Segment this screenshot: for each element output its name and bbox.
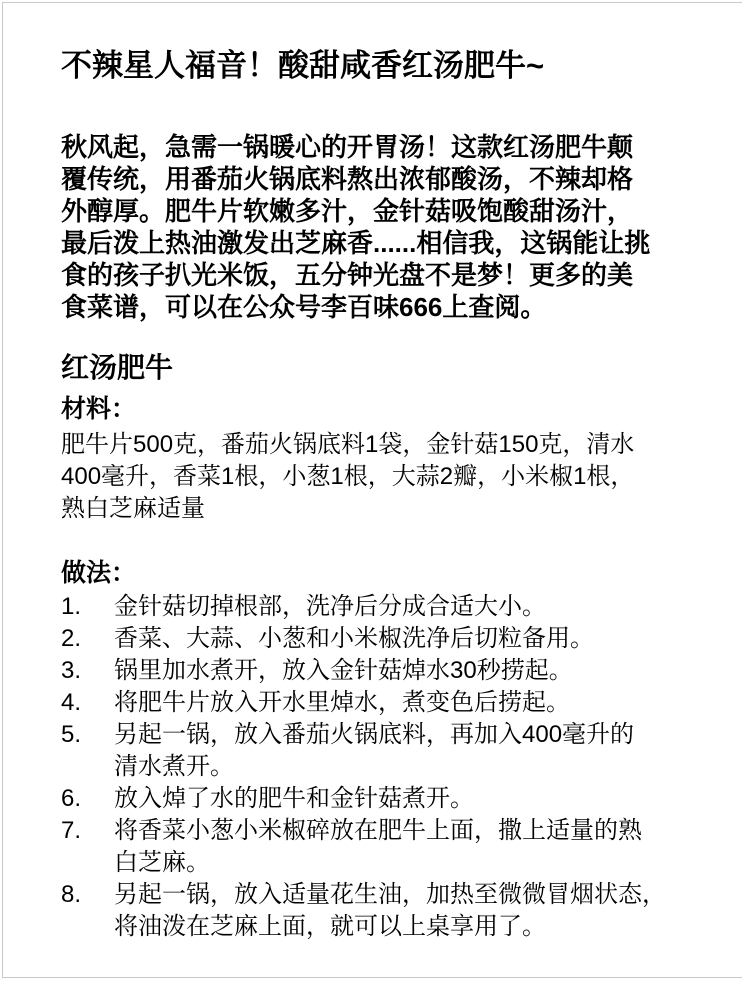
step-row: 6. 放入焯了水的肥牛和金针菇煮开。 — [61, 783, 712, 815]
step-row: 4. 将肥牛片放入开水里焯水，煮变色后捞起。 — [61, 687, 712, 719]
step-line: 另起一锅，放入番茄火锅底料，再加入400毫升的 — [114, 719, 634, 751]
step-row: 5. 另起一锅，放入番茄火锅底料，再加入400毫升的 清水煮开。 — [61, 719, 712, 783]
step-line: 将油泼在芝麻上面，就可以上桌享用了。 — [114, 911, 666, 943]
step-number: 5. — [61, 719, 114, 783]
step-line: 另起一锅，放入适量花生油，加热至微微冒烟状态， — [114, 879, 666, 911]
step-row: 8. 另起一锅，放入适量花生油，加热至微微冒烟状态， 将油泼在芝麻上面，就可以上… — [61, 879, 712, 943]
page-title: 不辣星人福音！酸甜咸香红汤肥牛~ — [61, 45, 712, 87]
step-text: 将肥牛片放入开水里焯水，煮变色后捞起。 — [114, 687, 570, 719]
ingredients-line: 400毫升，香菜1根，小葱1根，大蒜2瓣，小米椒1根， — [61, 461, 712, 493]
step-line: 清水煮开。 — [114, 751, 634, 783]
step-number: 1. — [61, 591, 114, 623]
step-number: 4. — [61, 687, 114, 719]
step-line: 将香菜小葱小米椒碎放在肥牛上面，撒上适量的熟 — [114, 815, 642, 847]
step-number: 8. — [61, 879, 114, 943]
ingredients-line: 熟白芝麻适量 — [61, 493, 712, 525]
step-line: 香菜、大蒜、小葱和小米椒洗净后切粒备用。 — [114, 623, 594, 655]
step-row: 3. 锅里加水煮开，放入金针菇焯水30秒捞起。 — [61, 655, 712, 687]
intro-line: 食的孩子扒光米饭，五分钟光盘不是梦！更多的美 — [61, 259, 712, 291]
intro-line: 最后泼上热油激发出芝麻香......相信我，这锅能让挑 — [61, 227, 712, 259]
ingredients-line: 肥牛片500克，番茄火锅底料1袋，金针菇150克，清水 — [61, 429, 712, 461]
document-page: 不辣星人福音！酸甜咸香红汤肥牛~ 秋风起，急需一锅暖心的开胃汤！这款红汤肥牛颠 … — [2, 2, 742, 978]
step-line: 白芝麻。 — [114, 847, 642, 879]
ingredients-list: 肥牛片500克，番茄火锅底料1袋，金针菇150克，清水 400毫升，香菜1根，小… — [61, 429, 712, 525]
step-text: 将香菜小葱小米椒碎放在肥牛上面，撒上适量的熟 白芝麻。 — [114, 815, 642, 879]
intro-line: 外醇厚。肥牛片软嫩多汁，金针菇吸饱酸甜汤汁， — [61, 195, 712, 227]
step-row: 7. 将香菜小葱小米椒碎放在肥牛上面，撒上适量的熟 白芝麻。 — [61, 815, 712, 879]
step-number: 7. — [61, 815, 114, 879]
intro-paragraph: 秋风起，急需一锅暖心的开胃汤！这款红汤肥牛颠 覆传统，用番茄火锅底料熬出浓郁酸汤… — [61, 131, 712, 323]
step-text: 金针菇切掉根部，洗净后分成合适大小。 — [114, 591, 546, 623]
step-text: 锅里加水煮开，放入金针菇焯水30秒捞起。 — [114, 655, 573, 687]
step-row: 2. 香菜、大蒜、小葱和小米椒洗净后切粒备用。 — [61, 623, 712, 655]
step-text: 放入焯了水的肥牛和金针菇煮开。 — [114, 783, 474, 815]
steps-label: 做法： — [61, 557, 712, 589]
steps-list: 1. 金针菇切掉根部，洗净后分成合适大小。 2. 香菜、大蒜、小葱和小米椒洗净后… — [61, 591, 712, 943]
step-number: 3. — [61, 655, 114, 687]
intro-line: 秋风起，急需一锅暖心的开胃汤！这款红汤肥牛颠 — [61, 131, 712, 163]
intro-line: 覆传统，用番茄火锅底料熬出浓郁酸汤，不辣却格 — [61, 163, 712, 195]
step-number: 2. — [61, 623, 114, 655]
step-text: 另起一锅，放入番茄火锅底料，再加入400毫升的 清水煮开。 — [114, 719, 634, 783]
ingredients-label: 材料： — [61, 393, 712, 425]
step-row: 1. 金针菇切掉根部，洗净后分成合适大小。 — [61, 591, 712, 623]
step-line: 放入焯了水的肥牛和金针菇煮开。 — [114, 783, 474, 815]
step-line: 锅里加水煮开，放入金针菇焯水30秒捞起。 — [114, 655, 573, 687]
step-line: 金针菇切掉根部，洗净后分成合适大小。 — [114, 591, 546, 623]
step-line: 将肥牛片放入开水里焯水，煮变色后捞起。 — [114, 687, 570, 719]
intro-line: 食菜谱，可以在公众号李百味666上查阅。 — [61, 291, 712, 323]
step-number: 6. — [61, 783, 114, 815]
step-text: 香菜、大蒜、小葱和小米椒洗净后切粒备用。 — [114, 623, 594, 655]
recipe-name: 红汤肥牛 — [61, 349, 712, 387]
step-text: 另起一锅，放入适量花生油，加热至微微冒烟状态， 将油泼在芝麻上面，就可以上桌享用… — [114, 879, 666, 943]
